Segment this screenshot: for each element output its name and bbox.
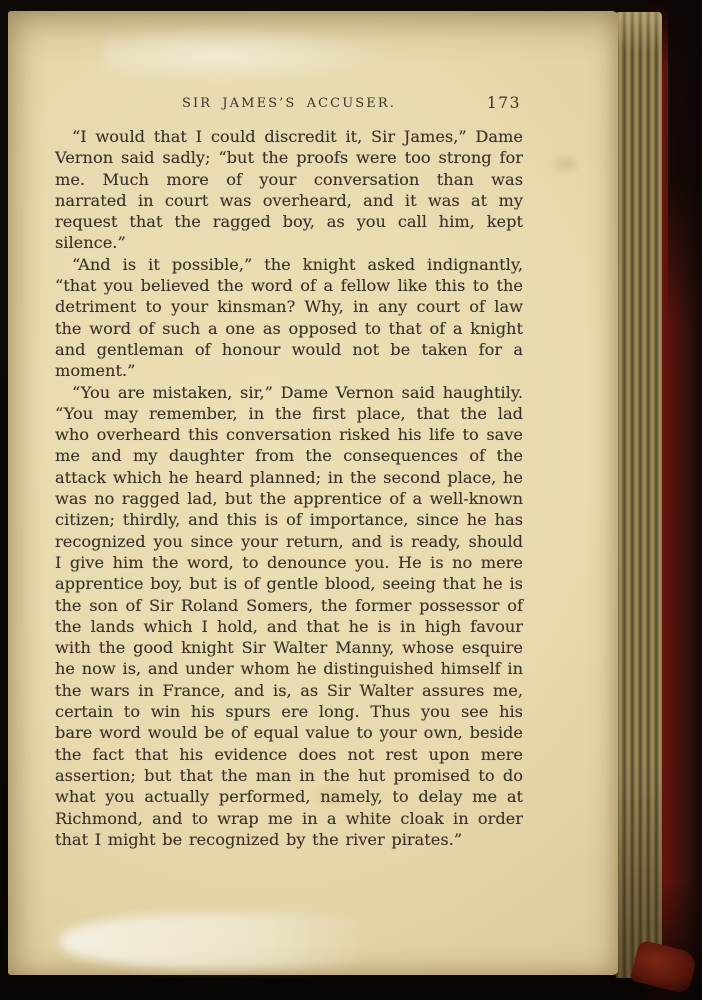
page-fore-edge: [616, 12, 662, 978]
paper-stain: [548, 151, 582, 177]
page-content: SIR JAMES’S ACCUSER. 173 “I would that I…: [55, 96, 523, 850]
book-page: SIR JAMES’S ACCUSER. 173 “I would that I…: [8, 11, 618, 975]
scan-photo: SIR JAMES’S ACCUSER. 173 “I would that I…: [0, 0, 702, 1000]
paragraph-1: “I would that I could discredit it, Sir …: [55, 126, 523, 254]
running-header: SIR JAMES’S ACCUSER. 173: [55, 96, 523, 114]
page-sheen-bottom: [60, 913, 410, 969]
page-number: 173: [487, 94, 521, 112]
page-sheen-top: [103, 27, 393, 85]
paragraph-2: “And is it possible,” the knight asked i…: [55, 254, 523, 382]
paragraph-3: “You are mistaken, sir,” Dame Vernon sai…: [55, 382, 523, 851]
header-title: SIR JAMES’S ACCUSER.: [182, 96, 396, 111]
body-text: “I would that I could discredit it, Sir …: [55, 126, 523, 850]
